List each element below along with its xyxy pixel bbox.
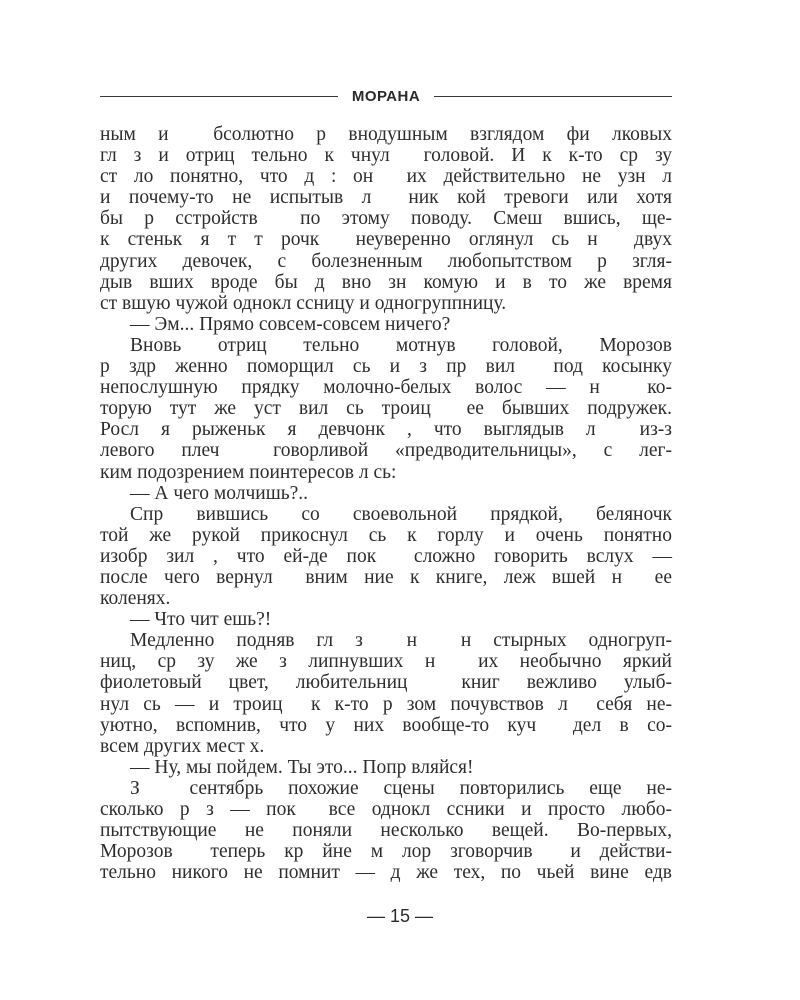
book-title: МОРАНА: [338, 88, 434, 105]
text-line: Вновь отриц тельно мотнув головой, Мороз…: [100, 335, 672, 356]
text-line: Росл я рыженьк я девчонк , что выглядыв …: [100, 419, 672, 440]
text-line: других девочек, с болезненным любопытств…: [100, 251, 672, 272]
page-number: — 15 —: [0, 906, 800, 927]
text-line: тельно никого не помнит — д же тех, по ч…: [100, 862, 672, 883]
text-line: изобр зил , что ей-де пок сложно говорит…: [100, 546, 672, 567]
text-line: — Что чит ешь?!: [100, 609, 672, 630]
text-line: торую тут же уст вил сь троиц ее бывших …: [100, 398, 672, 419]
text-line: — Эм... Прямо совсем-совсем ничего?: [100, 314, 672, 335]
text-line: той же рукой прикоснул сь к горлу и очен…: [100, 525, 672, 546]
text-line: и почему-то не испытыв л ник кой тревоги…: [100, 187, 672, 208]
text-line: к стеньк я т т рочк неуверенно оглянул с…: [100, 229, 672, 250]
header-rule-right: [434, 96, 672, 97]
text-line: дыв вших вроде бы д вно зн комую и в то …: [100, 272, 672, 293]
body-text: ным и бсолютно р внодушным взглядом фи л…: [100, 124, 672, 883]
text-line: всем других мест х.: [100, 736, 672, 757]
text-line: ниц, ср зу же з липнувших н их необычно …: [100, 651, 672, 672]
text-line: нул сь — и троиц к к-то р зом почувствов…: [100, 694, 672, 715]
text-line: коленях.: [100, 588, 672, 609]
text-line: левого плеч говорливой «предводительницы…: [100, 440, 672, 461]
text-line: ным и бсолютно р внодушным взглядом фи л…: [100, 124, 672, 145]
text-line: непослушную прядку молочно-белых волос —…: [100, 377, 672, 398]
text-line: сколько р з — пок все однокл ссники и пр…: [100, 799, 672, 820]
text-line: ст ло понятно, что д : он их действитель…: [100, 166, 672, 187]
text-line: р здр женно поморщил сь и з пр вил под к…: [100, 356, 672, 377]
text-line: фиолетовый цвет, любительниц книг вежлив…: [100, 672, 672, 693]
text-line: бы р сстройств по этому поводу. Смеш вши…: [100, 208, 672, 229]
text-line: Медленно подняв гл з н н стырных одногру…: [100, 630, 672, 651]
text-line: гл з и отриц тельно к чнул головой. И к …: [100, 145, 672, 166]
text-line: ким подозрением поинтересов л сь:: [100, 462, 672, 483]
text-line: — А чего молчишь?..: [100, 483, 672, 504]
running-head: МОРАНА: [100, 84, 672, 108]
text-line: ст вшую чужой однокл ссницу и одногруппн…: [100, 293, 672, 314]
text-line: уютно, вспомнив, что у них вообще-то куч…: [100, 715, 672, 736]
text-line: после чего вернул вним ние к книге, леж …: [100, 567, 672, 588]
text-line: З сентябрь похожие сцены повторились еще…: [100, 778, 672, 799]
text-line: Спр вившись со своевольной прядкой, беля…: [100, 504, 672, 525]
text-line: пытствующие не поняли несколько вещей. В…: [100, 820, 672, 841]
text-line: — Ну, мы пойдем. Ты это... Попр вляйся!: [100, 757, 672, 778]
text-line: Морозов теперь кр йне м лор зговорчив и …: [100, 841, 672, 862]
header-rule-left: [100, 96, 338, 97]
